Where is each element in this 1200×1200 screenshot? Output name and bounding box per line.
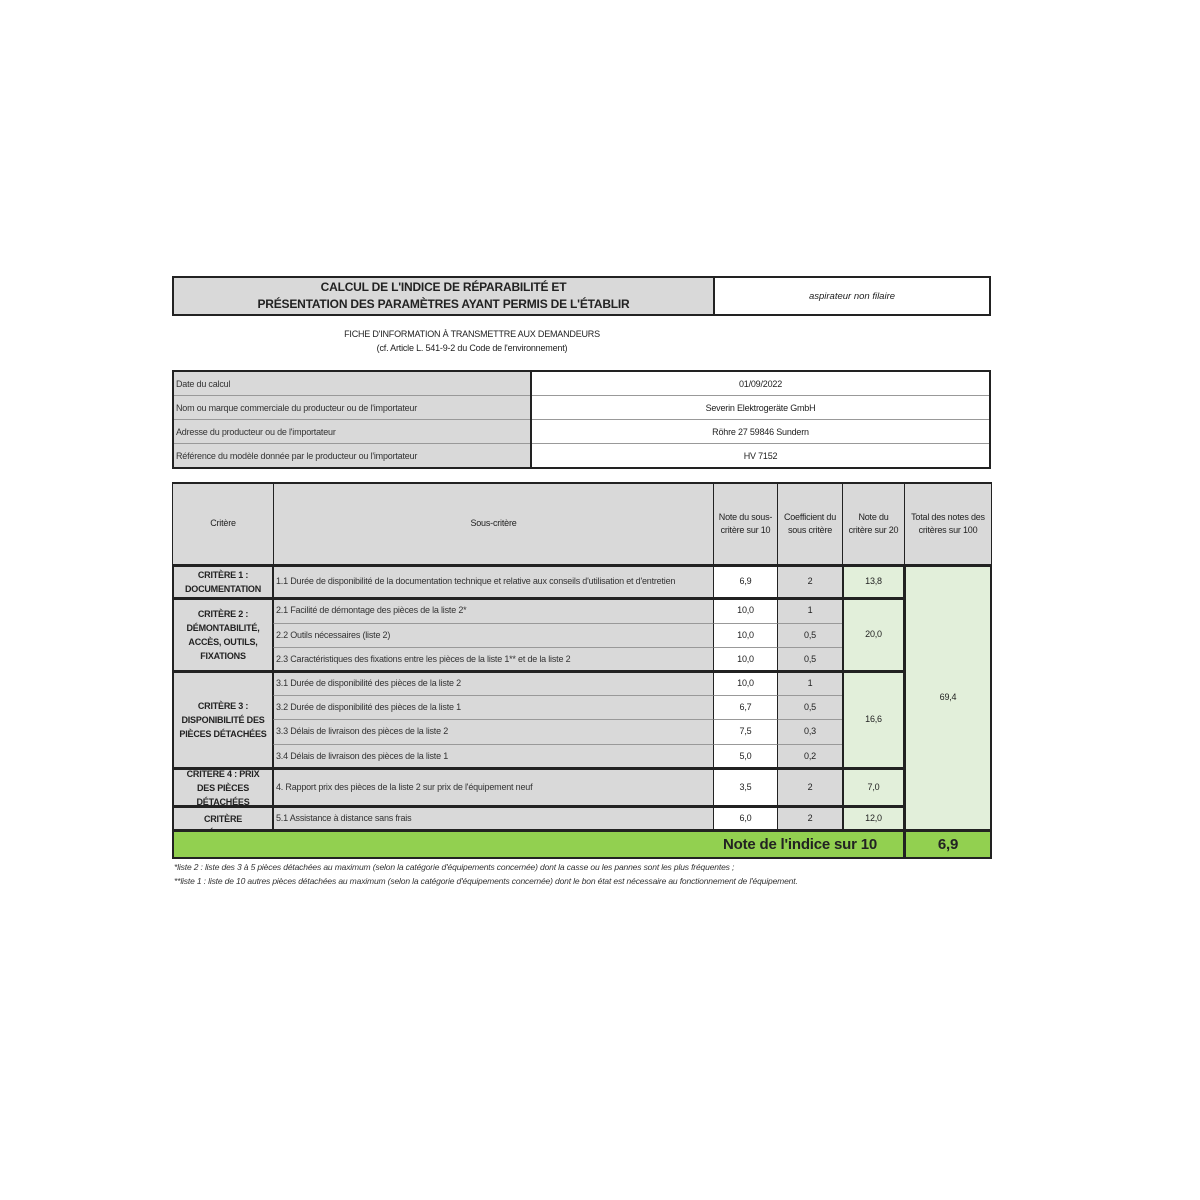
sub-criterion-coefficient: 0,5 xyxy=(777,623,843,648)
final-index-value: 6,9 xyxy=(904,830,992,859)
sub-criterion-label: 3.3 Délais de livraison des pièces de la… xyxy=(273,719,714,745)
sub-criterion-note: 6,7 xyxy=(713,695,778,720)
sub-criterion-coefficient: 0,5 xyxy=(777,647,843,672)
sub-criterion-coefficient: 2 xyxy=(777,565,843,599)
sub-criterion-coefficient: 1 xyxy=(777,671,843,696)
product-category: aspirateur non filaire xyxy=(713,276,991,316)
info-value: 01/09/2022 xyxy=(531,371,990,396)
sub-criterion-label: 2.3 Caractéristiques des fixations entre… xyxy=(273,647,714,672)
title-line-1: CALCUL DE L'INDICE DE RÉPARABILITÉ ET xyxy=(257,279,629,296)
sub-criterion-coefficient: 2 xyxy=(777,768,843,807)
info-label: Adresse du producteur ou de l'importateu… xyxy=(173,420,531,444)
info-row: Nom ou marque commerciale du producteur … xyxy=(173,396,990,420)
info-label: Référence du modèle donnée par le produc… xyxy=(173,444,531,469)
sub-criterion-note: 10,0 xyxy=(713,623,778,648)
sub-criterion-note: 10,0 xyxy=(713,671,778,696)
footnotes: *liste 2 : liste des 3 à 5 pièces détach… xyxy=(174,860,994,888)
sub-criterion-coefficient: 2 xyxy=(777,806,843,831)
sub-criterion-label: 2.1 Facilité de démontage des pièces de … xyxy=(273,598,714,624)
sub-criterion-note: 5,0 xyxy=(713,744,778,769)
document-title: CALCUL DE L'INDICE DE RÉPARABILITÉ ET PR… xyxy=(172,276,715,316)
info-row: Référence du modèle donnée par le produc… xyxy=(173,444,990,469)
sub-criterion-coefficient: 0,2 xyxy=(777,744,843,769)
sub-criterion-coefficient: 0,5 xyxy=(777,695,843,720)
total-score-100: 69,4 xyxy=(904,565,992,831)
header-total: Total des notes des critères sur 100 xyxy=(904,482,992,566)
sub-criterion-label: 1.1 Durée de disponibilité de la documen… xyxy=(273,565,714,599)
info-value: Severin Elektrogeräte GmbH xyxy=(531,396,990,420)
sub-criterion-label: 4. Rapport prix des pièces de la liste 2… xyxy=(273,768,714,807)
info-value: Röhre 27 59846 Sundern xyxy=(531,420,990,444)
sub-criterion-note: 6,9 xyxy=(713,565,778,599)
sub-criterion-label: 3.2 Durée de disponibilité des pièces de… xyxy=(273,695,714,720)
criterion-label: CRITÈRE 2 : DÉMONTABILITÉ, ACCÈS, OUTILS… xyxy=(172,598,274,672)
header-sous-critere: Sous-critère xyxy=(273,482,714,566)
info-label: Date du calcul xyxy=(173,371,531,396)
sub-criterion-note: 7,5 xyxy=(713,719,778,745)
criterion-score-20: 12,0 xyxy=(842,806,905,831)
sub-criterion-note: 3,5 xyxy=(713,768,778,807)
producer-info-table: Date du calcul 01/09/2022 Nom ou marque … xyxy=(172,370,991,469)
sub-criterion-note: 10,0 xyxy=(713,598,778,624)
sub-criterion-label: 3.1 Durée de disponibilité des pièces de… xyxy=(273,671,714,696)
subtitle-line-1: FICHE D'INFORMATION À TRANSMETTRE AUX DE… xyxy=(172,327,772,341)
criterion-label: CRITÈRE 5 : CRITÈRE SPÉCIFIQUE xyxy=(172,806,274,831)
sub-criterion-note: 10,0 xyxy=(713,647,778,672)
criterion-score-20: 7,0 xyxy=(842,768,905,807)
info-row: Date du calcul 01/09/2022 xyxy=(173,371,990,396)
subtitle-line-2: (cf. Article L. 541-9-2 du Code de l'env… xyxy=(172,341,772,355)
criterion-score-20: 13,8 xyxy=(842,565,905,599)
footnote-liste-2: *liste 2 : liste des 3 à 5 pièces détach… xyxy=(174,860,994,874)
criterion-label: CRITÈRE 1 : DOCUMENTATION xyxy=(172,565,274,599)
final-index-label: Note de l'indice sur 10 xyxy=(172,830,905,859)
category-label: aspirateur non filaire xyxy=(809,291,895,302)
sub-criterion-label: 3.4 Délais de livraison des pièces de la… xyxy=(273,744,714,769)
sub-criterion-coefficient: 1 xyxy=(777,598,843,624)
sub-criterion-note: 6,0 xyxy=(713,806,778,831)
header-note-critere: Note du critère sur 20 xyxy=(842,482,905,566)
criterion-label: CRITÈRE 4 : PRIX DES PIÈCES DÉTACHÉES xyxy=(172,768,274,807)
sub-criterion-label: 5.1 Assistance à distance sans frais xyxy=(273,806,714,831)
criterion-score-20: 20,0 xyxy=(842,598,905,672)
criterion-label: CRITÈRE 3 : DISPONIBILITÉ DES PIÈCES DÉT… xyxy=(172,671,274,769)
sub-criterion-label: 2.2 Outils nécessaires (liste 2) xyxy=(273,623,714,648)
sub-criterion-coefficient: 0,3 xyxy=(777,719,843,745)
header-coefficient: Coefficient du sous critère xyxy=(777,482,843,566)
header-critere: Critère xyxy=(172,482,274,566)
info-label: Nom ou marque commerciale du producteur … xyxy=(173,396,531,420)
info-value: HV 7152 xyxy=(531,444,990,469)
criterion-score-20: 16,6 xyxy=(842,671,905,769)
info-row: Adresse du producteur ou de l'importateu… xyxy=(173,420,990,444)
header-note-sous-critere: Note du sous-critère sur 10 xyxy=(713,482,778,566)
footnote-liste-1: **liste 1 : liste de 10 autres pièces dé… xyxy=(174,874,994,888)
form-subtitle: FICHE D'INFORMATION À TRANSMETTRE AUX DE… xyxy=(172,327,772,355)
title-line-2: PRÉSENTATION DES PARAMÈTRES AYANT PERMIS… xyxy=(257,296,629,313)
